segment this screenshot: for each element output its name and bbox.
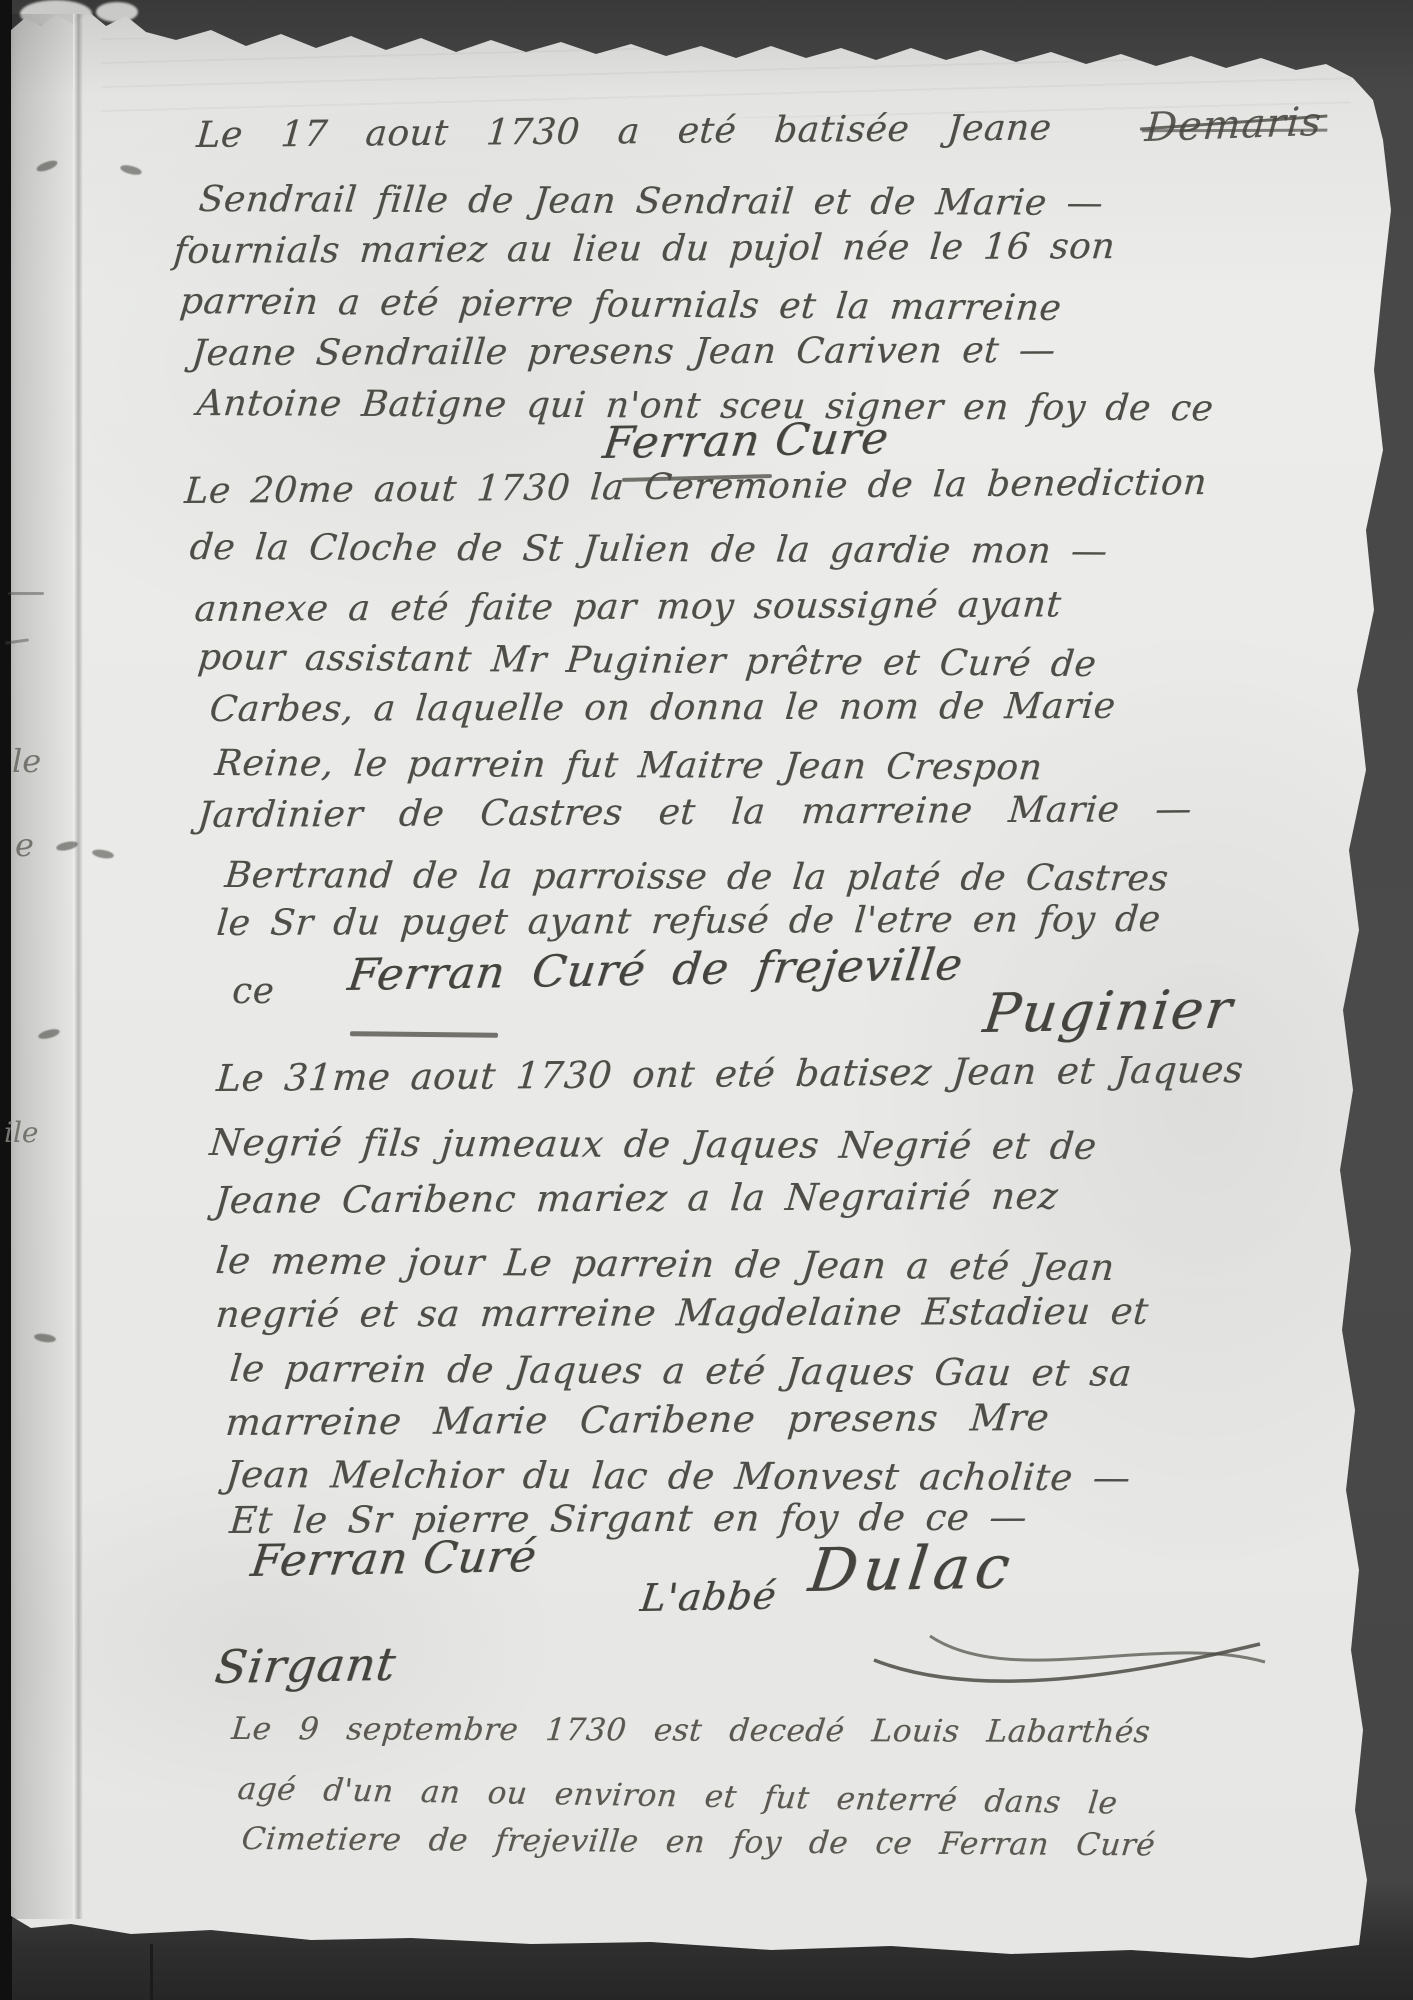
manuscript-line: agé d'un an ou environ et fut enterré da… [236,1772,1119,1821]
manuscript-line: Cimetiere de frejeville en foy de ce Fer… [240,1822,1157,1863]
scanned-register-page: le e ile Le 17 aout 1730 a eté batisée J… [0,0,1413,2000]
manuscript-line: Le 9 septembre 1730 est decedé Louis Lab… [230,1712,1152,1750]
entry-lines: Le 9 septembre 1730 est decedé Louis Lab… [0,0,1413,2000]
manuscript-content: le e ile Le 17 aout 1730 a eté batisée J… [0,0,1413,2000]
